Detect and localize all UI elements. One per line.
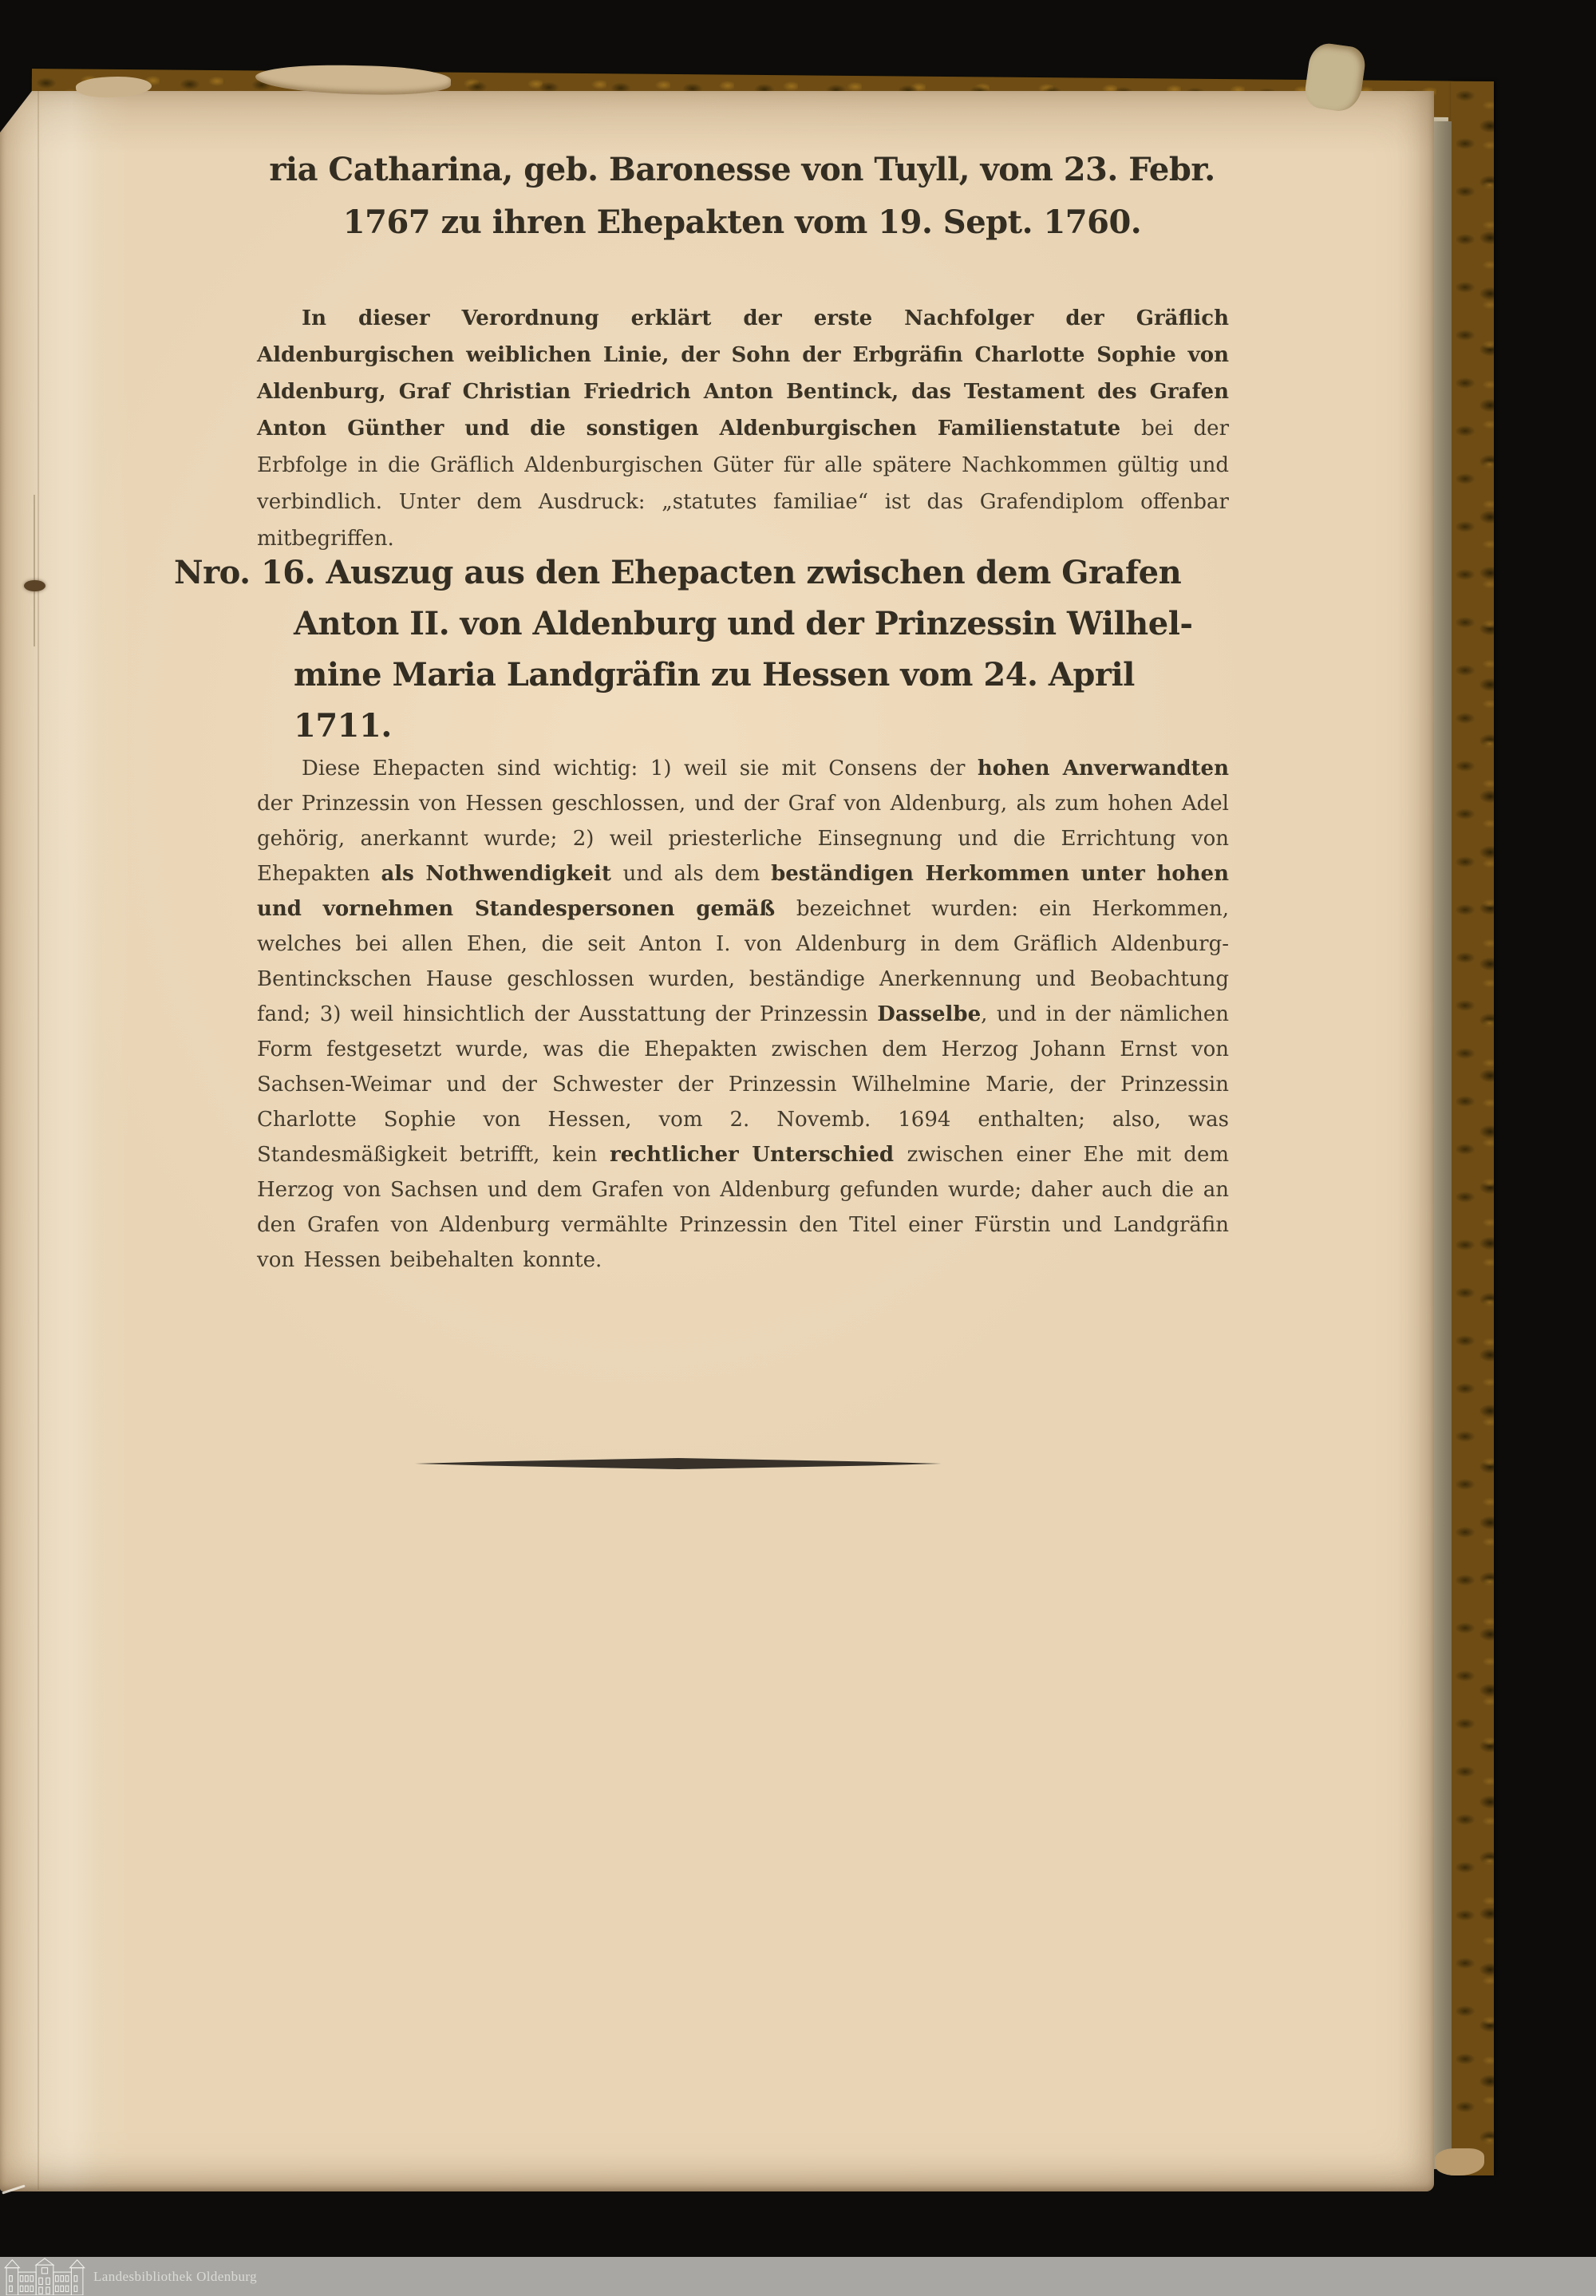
gutter-crease	[38, 91, 39, 2190]
tapered-divider-rule	[415, 1457, 942, 1470]
library-watermark-bar: Landesbibliothek Oldenburg	[0, 2257, 1596, 2296]
library-building-icon	[4, 2258, 85, 2295]
paragraph-commentary-2: Diese Ehepacten sind wichtig: 1) weil si…	[257, 751, 1229, 1278]
worn-cover-corner	[1435, 2148, 1484, 2175]
stitch-hole	[24, 580, 45, 591]
continued-heading: ria Catharina, geb. Baronesse von Tuyll,…	[251, 144, 1233, 249]
scan-background: ria Catharina, geb. Baronesse von Tuyll,…	[0, 0, 1596, 2296]
section-title: Auszug aus den Ehepacten zwischen dem Gr…	[294, 554, 1192, 745]
book-cover-fore-edge	[1451, 81, 1494, 2175]
section-number: Nro. 16.	[174, 554, 315, 591]
paragraph-commentary-1: In dieser Verordnung erklärt der erste N…	[257, 300, 1229, 557]
section-heading: Nro. 16. Auszug aus den Ehepacten zwisch…	[174, 547, 1243, 752]
binding-crease	[34, 495, 35, 646]
library-name: Landesbibliothek Oldenburg	[93, 2269, 257, 2285]
